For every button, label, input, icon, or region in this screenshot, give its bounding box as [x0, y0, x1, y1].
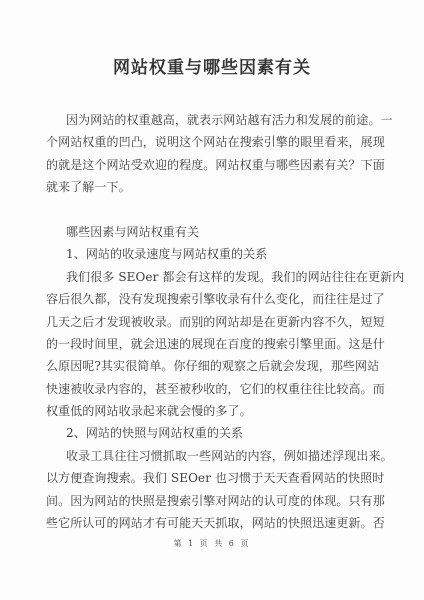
text-line: 收录工具往往习惯抓取一些网站的内容，例如描述浮现出来。: [46, 445, 386, 467]
text-line: 1、网站的收录速度与网站权重的关系: [46, 243, 386, 265]
text-line: 间。因为网站的快照是搜索引擎对网站的认可度的体现。只有那: [46, 490, 386, 512]
page-number-footer: 第 1 页 共 6 页: [0, 538, 424, 549]
text-line: 个网站权重的凹凸，说明这个网站在搜索引擎的眼里看来，展现: [46, 131, 386, 153]
document-body: 因为网站的权重越高，就表示网站越有活力和发展的前途。一个网站权重的凹凸，说明这个…: [46, 109, 386, 534]
text-line: 权重低的网站收录起来就会慢的多了。: [46, 400, 386, 422]
document-page: 网站权重与哪些因素有关 因为网站的权重越高，就表示网站越有活力和发展的前途。一个…: [0, 0, 424, 600]
text-line: 快速被收录内容的，甚至被秒收的，它们的权重往往比较高。而: [46, 378, 386, 400]
text-line: 的就是这个网站受欢迎的程度。网站权重与哪些因素有关？下面: [46, 154, 386, 176]
page-title: 网站权重与哪些因素有关: [0, 56, 424, 80]
text-line: 2、网站的快照与网站权重的关系: [46, 422, 386, 444]
text-line: 容后很久都，没有发现搜索引擎收录有什么变化，而往往是过了: [46, 288, 386, 310]
text-line: 么原因呢?其实很简单。你仔细的观察之后就会发现，那些网站: [46, 355, 386, 377]
text-line: 以方便查询搜索。我们 SEOer 也习惯于天天查看网站的快照时: [46, 467, 386, 489]
text-line: 就来了解一下。: [46, 176, 386, 198]
text-line: 我们很多 SEOer 都会有这样的发现。我们的网站往往在更新内: [46, 266, 386, 288]
blank-line: [46, 199, 386, 221]
text-line: 因为网站的权重越高，就表示网站越有活力和发展的前途。一: [46, 109, 386, 131]
text-line: 些它所认可的网站才有可能天天抓取，网站的快照迅速更新。否: [46, 512, 386, 534]
text-line: 几天之后才发现被收录。而别的网站却是在更新内容不久，短短: [46, 311, 386, 333]
text-line: 哪些因素与网站权重有关: [46, 221, 386, 243]
text-line: 的一段时间里，就会迅速的展现在百度的搜索引擎里面。这是什: [46, 333, 386, 355]
